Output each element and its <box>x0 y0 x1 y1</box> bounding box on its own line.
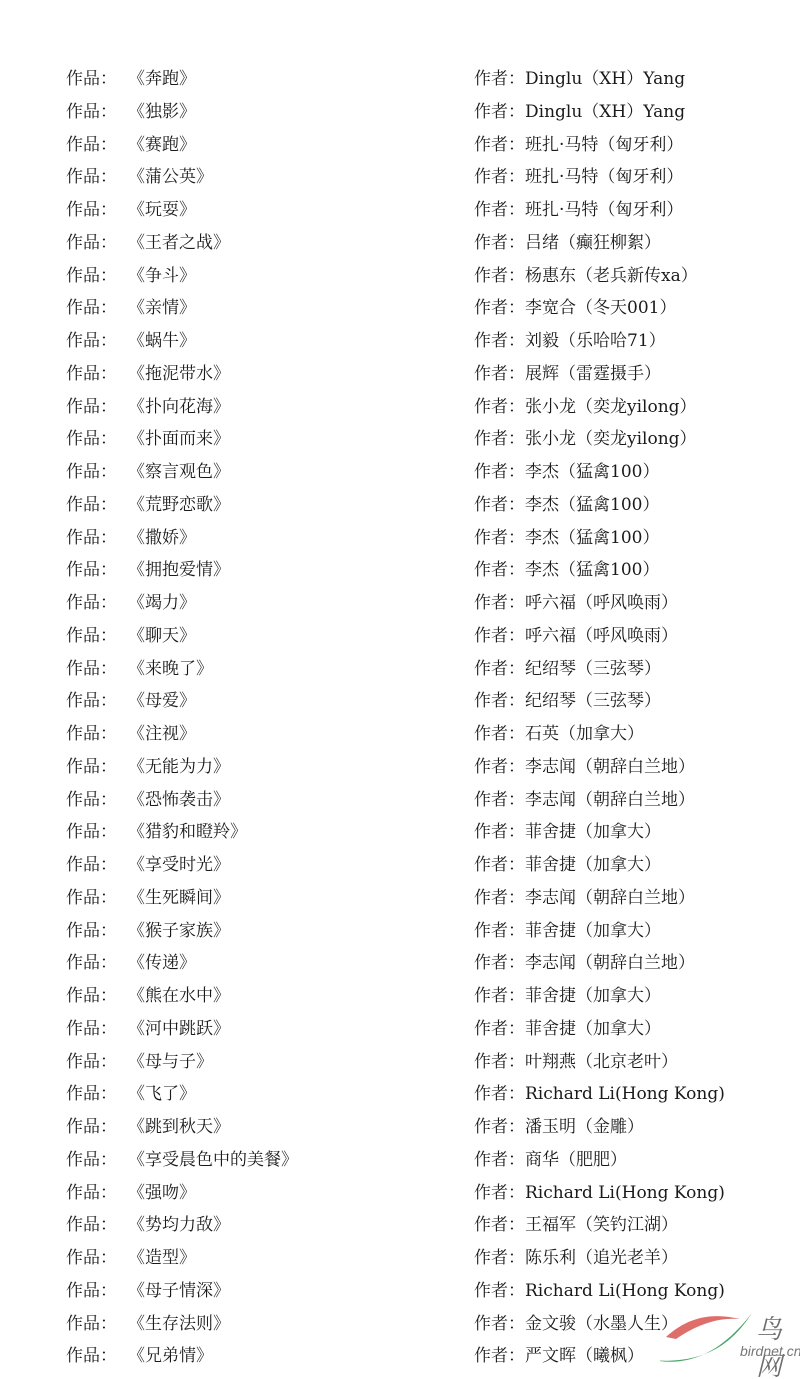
work-cell: 作品：《玩耍》 <box>66 194 196 227</box>
author-label: 作者： <box>474 1340 525 1373</box>
watermark-domain: birdnet.cn <box>740 1343 800 1359</box>
work-cell: 作品：《享受时光》 <box>66 849 230 882</box>
work-title: 《扑向花海》 <box>128 397 230 417</box>
entry-row: 作品：《蒲公英》作者：班扎·马特（匈牙利） <box>0 161 800 194</box>
author-label: 作者： <box>474 358 525 391</box>
author-label: 作者： <box>474 489 525 522</box>
work-title: 《强吻》 <box>128 1183 196 1203</box>
author-cell: 作者：张小龙（奕龙yilong） <box>474 423 697 456</box>
work-cell: 作品：《生存法则》 <box>66 1308 230 1341</box>
work-title: 《享受时光》 <box>128 855 230 875</box>
entry-row: 作品：《奔跑》作者：Dinglu（XH）Yang <box>0 63 800 96</box>
author-name: 班扎·马特（匈牙利） <box>525 200 683 220</box>
author-cell: 作者：吕绪（癫狂柳絮） <box>474 227 661 260</box>
work-title: 《察言观色》 <box>128 462 230 482</box>
work-label: 作品： <box>66 260 128 293</box>
author-name: 叶翔燕（北京老叶） <box>525 1052 678 1072</box>
author-cell: 作者：张小龙（奕龙yilong） <box>474 391 697 424</box>
entry-row: 作品：《扑向花海》作者：张小龙（奕龙yilong） <box>0 391 800 424</box>
author-cell: 作者：Richard Li(Hong Kong) <box>474 1275 725 1308</box>
work-cell: 作品：《察言观色》 <box>66 456 230 489</box>
work-title: 《蜗牛》 <box>128 331 196 351</box>
author-label: 作者： <box>474 522 525 555</box>
author-label: 作者： <box>474 1078 525 1111</box>
author-cell: 作者：叶翔燕（北京老叶） <box>474 1046 678 1079</box>
author-name: 陈乐利（追光老羊） <box>525 1248 678 1268</box>
work-cell: 作品：《飞了》 <box>66 1078 196 1111</box>
work-cell: 作品：《聊天》 <box>66 620 196 653</box>
work-cell: 作品：《母与子》 <box>66 1046 213 1079</box>
author-label: 作者： <box>474 1046 525 1079</box>
author-name: 李志闻（朝辞白兰地） <box>525 888 695 908</box>
work-cell: 作品：《荒野恋歌》 <box>66 489 230 522</box>
author-label: 作者： <box>474 980 525 1013</box>
entry-row: 作品：《母子情深》作者：Richard Li(Hong Kong) <box>0 1275 800 1308</box>
work-label: 作品： <box>66 1078 128 1111</box>
work-label: 作品： <box>66 915 128 948</box>
author-cell: 作者：刘毅（乐哈哈71） <box>474 325 666 358</box>
author-name: 石英（加拿大） <box>525 724 644 744</box>
author-name: Richard Li(Hong Kong) <box>525 1183 725 1203</box>
author-label: 作者： <box>474 554 525 587</box>
work-label: 作品： <box>66 489 128 522</box>
work-label: 作品： <box>66 1340 128 1373</box>
work-label: 作品： <box>66 816 128 849</box>
author-name: Richard Li(Hong Kong) <box>525 1281 725 1301</box>
work-title: 《生存法则》 <box>128 1314 230 1334</box>
work-title: 《生死瞬间》 <box>128 888 230 908</box>
author-name: 呼六福（呼风唤雨） <box>525 593 678 613</box>
author-label: 作者： <box>474 915 525 948</box>
entry-row: 作品：《享受晨色中的美餐》作者：商华（肥肥） <box>0 1144 800 1177</box>
work-label: 作品： <box>66 1209 128 1242</box>
work-cell: 作品：《强吻》 <box>66 1177 196 1210</box>
author-label: 作者： <box>474 587 525 620</box>
work-label: 作品： <box>66 292 128 325</box>
entry-row: 作品：《拥抱爱情》作者：李杰（猛禽100） <box>0 554 800 587</box>
entry-row: 作品：《跳到秋天》作者：潘玉明（金雕） <box>0 1111 800 1144</box>
work-label: 作品： <box>66 620 128 653</box>
author-name: 展辉（雷霆摄手） <box>525 364 661 384</box>
work-cell: 作品：《猴子家族》 <box>66 915 230 948</box>
work-title: 《势均力敌》 <box>128 1215 230 1235</box>
author-name: 李宽合（冬天001） <box>525 298 676 318</box>
author-label: 作者： <box>474 325 525 358</box>
work-title: 《造型》 <box>128 1248 196 1268</box>
author-name: 李志闻（朝辞白兰地） <box>525 790 695 810</box>
author-name: 张小龙（奕龙yilong） <box>525 429 697 449</box>
author-cell: 作者：纪绍琴（三弦琴） <box>474 685 661 718</box>
work-cell: 作品：《蒲公英》 <box>66 161 213 194</box>
work-title: 《拖泥带水》 <box>128 364 230 384</box>
work-cell: 作品：《造型》 <box>66 1242 196 1275</box>
work-label: 作品： <box>66 980 128 1013</box>
author-cell: 作者：李杰（猛禽100） <box>474 522 659 555</box>
author-cell: 作者：菲舍捷（加拿大） <box>474 849 661 882</box>
work-cell: 作品：《来晚了》 <box>66 653 213 686</box>
work-label: 作品： <box>66 227 128 260</box>
author-cell: 作者：呼六福（呼风唤雨） <box>474 620 678 653</box>
author-label: 作者： <box>474 718 525 751</box>
author-label: 作者： <box>474 292 525 325</box>
author-name: 纪绍琴（三弦琴） <box>525 659 661 679</box>
work-label: 作品： <box>66 522 128 555</box>
work-title: 《玩耍》 <box>128 200 196 220</box>
author-name: 商华（肥肥） <box>525 1150 627 1170</box>
swoosh-logo-icon <box>660 1307 760 1373</box>
work-cell: 作品：《亲情》 <box>66 292 196 325</box>
work-label: 作品： <box>66 882 128 915</box>
work-label: 作品： <box>66 1308 128 1341</box>
work-label: 作品： <box>66 63 128 96</box>
work-title: 《母子情深》 <box>128 1281 230 1301</box>
author-label: 作者： <box>474 1209 525 1242</box>
work-cell: 作品：《无能为力》 <box>66 751 230 784</box>
entry-row: 作品：《察言观色》作者：李杰（猛禽100） <box>0 456 800 489</box>
author-cell: 作者：杨惠东（老兵新传xa） <box>474 260 698 293</box>
work-title: 《享受晨色中的美餐》 <box>128 1150 298 1170</box>
work-title: 《熊在水中》 <box>128 986 230 1006</box>
work-title: 《赛跑》 <box>128 135 196 155</box>
work-title: 《传递》 <box>128 953 196 973</box>
author-cell: 作者：Richard Li(Hong Kong) <box>474 1078 725 1111</box>
author-label: 作者： <box>474 161 525 194</box>
entry-row: 作品：《竭力》作者：呼六福（呼风唤雨） <box>0 587 800 620</box>
author-label: 作者： <box>474 1013 525 1046</box>
author-name: 刘毅（乐哈哈71） <box>525 331 666 351</box>
entry-row: 作品：《无能为力》作者：李志闻（朝辞白兰地） <box>0 751 800 784</box>
work-cell: 作品：《扑向花海》 <box>66 391 230 424</box>
entries-list: 作品：《奔跑》作者：Dinglu（XH）Yang作品：《独影》作者：Dinglu… <box>0 63 800 1373</box>
author-cell: 作者：纪绍琴（三弦琴） <box>474 653 661 686</box>
work-title: 《荒野恋歌》 <box>128 495 230 515</box>
entry-row: 作品：《赛跑》作者：班扎·马特（匈牙利） <box>0 129 800 162</box>
author-name: 李杰（猛禽100） <box>525 560 659 580</box>
author-name: 李杰（猛禽100） <box>525 495 659 515</box>
author-cell: 作者：菲舍捷（加拿大） <box>474 1013 661 1046</box>
entry-row: 作品：《势均力敌》作者：王福军（笑钓江湖） <box>0 1209 800 1242</box>
entry-row: 作品：《猴子家族》作者：菲舍捷（加拿大） <box>0 915 800 948</box>
author-name: 潘玉明（金雕） <box>525 1117 644 1137</box>
author-label: 作者： <box>474 63 525 96</box>
work-cell: 作品：《生死瞬间》 <box>66 882 230 915</box>
work-title: 《恐怖袭击》 <box>128 790 230 810</box>
entry-row: 作品：《享受时光》作者：菲舍捷（加拿大） <box>0 849 800 882</box>
author-label: 作者： <box>474 456 525 489</box>
work-cell: 作品：《享受晨色中的美餐》 <box>66 1144 298 1177</box>
work-title: 《跳到秋天》 <box>128 1117 230 1137</box>
author-cell: 作者：商华（肥肥） <box>474 1144 627 1177</box>
work-cell: 作品：《王者之战》 <box>66 227 230 260</box>
author-name: 菲舍捷（加拿大） <box>525 986 661 1006</box>
work-title: 《母爱》 <box>128 691 196 711</box>
author-cell: 作者：李志闻（朝辞白兰地） <box>474 784 695 817</box>
author-name: 金文骏（水墨人生） <box>525 1314 678 1334</box>
author-label: 作者： <box>474 1275 525 1308</box>
work-title: 《独影》 <box>128 102 196 122</box>
work-label: 作品： <box>66 784 128 817</box>
author-name: Richard Li(Hong Kong) <box>525 1084 725 1104</box>
work-title: 《聊天》 <box>128 626 196 646</box>
author-label: 作者： <box>474 849 525 882</box>
work-label: 作品： <box>66 587 128 620</box>
work-label: 作品： <box>66 1242 128 1275</box>
author-label: 作者： <box>474 1111 525 1144</box>
author-name: 菲舍捷（加拿大） <box>525 855 661 875</box>
author-cell: 作者：李志闻（朝辞白兰地） <box>474 751 695 784</box>
work-label: 作品： <box>66 1275 128 1308</box>
author-cell: 作者：李志闻（朝辞白兰地） <box>474 947 695 980</box>
work-title: 《来晚了》 <box>128 659 213 679</box>
work-title: 《王者之战》 <box>128 233 230 253</box>
author-name: 呼六福（呼风唤雨） <box>525 626 678 646</box>
author-cell: 作者：菲舍捷（加拿大） <box>474 980 661 1013</box>
work-cell: 作品：《争斗》 <box>66 260 196 293</box>
author-cell: 作者：李杰（猛禽100） <box>474 489 659 522</box>
work-cell: 作品：《蜗牛》 <box>66 325 196 358</box>
author-cell: 作者：展辉（雷霆摄手） <box>474 358 661 391</box>
author-cell: 作者：潘玉明（金雕） <box>474 1111 644 1144</box>
work-label: 作品： <box>66 391 128 424</box>
author-cell: 作者：菲舍捷（加拿大） <box>474 816 661 849</box>
author-name: Dinglu（XH）Yang <box>525 102 685 122</box>
author-name: 李志闻（朝辞白兰地） <box>525 953 695 973</box>
work-title: 《猎豹和瞪羚》 <box>128 822 247 842</box>
birdnet-watermark: 鸟网 birdnet.cn <box>660 1307 800 1373</box>
entry-row: 作品：《传递》作者：李志闻（朝辞白兰地） <box>0 947 800 980</box>
author-label: 作者： <box>474 96 525 129</box>
work-cell: 作品：《赛跑》 <box>66 129 196 162</box>
work-title: 《注视》 <box>128 724 196 744</box>
author-cell: 作者：李志闻（朝辞白兰地） <box>474 882 695 915</box>
work-title: 《母与子》 <box>128 1052 213 1072</box>
author-label: 作者： <box>474 1308 525 1341</box>
author-label: 作者： <box>474 653 525 686</box>
author-cell: 作者：石英（加拿大） <box>474 718 644 751</box>
author-name: 张小龙（奕龙yilong） <box>525 397 697 417</box>
author-cell: 作者：Dinglu（XH）Yang <box>474 63 685 96</box>
work-cell: 作品：《母爱》 <box>66 685 196 718</box>
work-cell: 作品：《撒娇》 <box>66 522 196 555</box>
work-title: 《扑面而来》 <box>128 429 230 449</box>
entry-row: 作品：《熊在水中》作者：菲舍捷（加拿大） <box>0 980 800 1013</box>
entry-row: 作品：《玩耍》作者：班扎·马特（匈牙利） <box>0 194 800 227</box>
work-label: 作品： <box>66 1177 128 1210</box>
author-cell: 作者：菲舍捷（加拿大） <box>474 915 661 948</box>
work-label: 作品： <box>66 718 128 751</box>
author-name: 菲舍捷（加拿大） <box>525 822 661 842</box>
work-cell: 作品：《跳到秋天》 <box>66 1111 230 1144</box>
work-title: 《飞了》 <box>128 1084 196 1104</box>
entry-row: 作品：《荒野恋歌》作者：李杰（猛禽100） <box>0 489 800 522</box>
entry-row: 作品：《来晚了》作者：纪绍琴（三弦琴） <box>0 653 800 686</box>
work-title: 《竭力》 <box>128 593 196 613</box>
work-cell: 作品：《熊在水中》 <box>66 980 230 1013</box>
work-label: 作品： <box>66 325 128 358</box>
author-label: 作者： <box>474 784 525 817</box>
work-label: 作品： <box>66 96 128 129</box>
author-name: 李志闻（朝辞白兰地） <box>525 757 695 777</box>
work-title: 《猴子家族》 <box>128 921 230 941</box>
author-cell: 作者：李宽合（冬天001） <box>474 292 676 325</box>
author-label: 作者： <box>474 751 525 784</box>
author-cell: 作者：严文晖（曦枫） <box>474 1340 644 1373</box>
work-cell: 作品：《势均力敌》 <box>66 1209 230 1242</box>
work-cell: 作品：《扑面而来》 <box>66 423 230 456</box>
author-cell: 作者：Richard Li(Hong Kong) <box>474 1177 725 1210</box>
author-cell: 作者：班扎·马特（匈牙利） <box>474 194 683 227</box>
work-title: 《撒娇》 <box>128 528 196 548</box>
work-cell: 作品：《母子情深》 <box>66 1275 230 1308</box>
entry-row: 作品：《聊天》作者：呼六福（呼风唤雨） <box>0 620 800 653</box>
work-cell: 作品：《拥抱爱情》 <box>66 554 230 587</box>
author-cell: 作者：陈乐利（追光老羊） <box>474 1242 678 1275</box>
author-name: 吕绪（癫狂柳絮） <box>525 233 661 253</box>
author-label: 作者： <box>474 1177 525 1210</box>
author-name: 班扎·马特（匈牙利） <box>525 167 683 187</box>
work-label: 作品： <box>66 1046 128 1079</box>
author-cell: 作者：李杰（猛禽100） <box>474 456 659 489</box>
author-label: 作者： <box>474 947 525 980</box>
entry-row: 作品：《母爱》作者：纪绍琴（三弦琴） <box>0 685 800 718</box>
work-title: 《拥抱爱情》 <box>128 560 230 580</box>
work-label: 作品： <box>66 161 128 194</box>
work-label: 作品： <box>66 947 128 980</box>
work-label: 作品： <box>66 194 128 227</box>
author-label: 作者： <box>474 685 525 718</box>
work-label: 作品： <box>66 1111 128 1144</box>
work-label: 作品： <box>66 456 128 489</box>
work-cell: 作品：《拖泥带水》 <box>66 358 230 391</box>
entry-row: 作品：《争斗》作者：杨惠东（老兵新传xa） <box>0 260 800 293</box>
author-cell: 作者：班扎·马特（匈牙利） <box>474 129 683 162</box>
work-label: 作品： <box>66 129 128 162</box>
work-label: 作品： <box>66 653 128 686</box>
work-title: 《亲情》 <box>128 298 196 318</box>
entry-row: 作品：《强吻》作者：Richard Li(Hong Kong) <box>0 1177 800 1210</box>
author-label: 作者： <box>474 227 525 260</box>
author-name: 菲舍捷（加拿大） <box>525 921 661 941</box>
work-label: 作品： <box>66 751 128 784</box>
author-label: 作者： <box>474 620 525 653</box>
entry-row: 作品：《王者之战》作者：吕绪（癫狂柳絮） <box>0 227 800 260</box>
work-cell: 作品：《竭力》 <box>66 587 196 620</box>
author-cell: 作者：王福军（笑钓江湖） <box>474 1209 678 1242</box>
author-cell: 作者：呼六福（呼风唤雨） <box>474 587 678 620</box>
work-cell: 作品：《独影》 <box>66 96 196 129</box>
work-cell: 作品：《兄弟情》 <box>66 1340 213 1373</box>
author-name: 菲舍捷（加拿大） <box>525 1019 661 1039</box>
author-label: 作者： <box>474 1242 525 1275</box>
entry-row: 作品：《造型》作者：陈乐利（追光老羊） <box>0 1242 800 1275</box>
author-name: 李杰（猛禽100） <box>525 462 659 482</box>
work-label: 作品： <box>66 1144 128 1177</box>
work-cell: 作品：《传递》 <box>66 947 196 980</box>
author-name: 纪绍琴（三弦琴） <box>525 691 661 711</box>
entry-row: 作品：《恐怖袭击》作者：李志闻（朝辞白兰地） <box>0 784 800 817</box>
entry-row: 作品：《扑面而来》作者：张小龙（奕龙yilong） <box>0 423 800 456</box>
author-label: 作者： <box>474 194 525 227</box>
work-cell: 作品：《奔跑》 <box>66 63 196 96</box>
work-label: 作品： <box>66 423 128 456</box>
work-title: 《兄弟情》 <box>128 1346 213 1366</box>
author-name: 王福军（笑钓江湖） <box>525 1215 678 1235</box>
work-title: 《奔跑》 <box>128 69 196 89</box>
entry-row: 作品：《河中跳跃》作者：菲舍捷（加拿大） <box>0 1013 800 1046</box>
author-label: 作者： <box>474 882 525 915</box>
author-name: Dinglu（XH）Yang <box>525 69 685 89</box>
author-label: 作者： <box>474 423 525 456</box>
author-name: 班扎·马特（匈牙利） <box>525 135 683 155</box>
work-cell: 作品：《猎豹和瞪羚》 <box>66 816 247 849</box>
entry-row: 作品：《猎豹和瞪羚》作者：菲舍捷（加拿大） <box>0 816 800 849</box>
work-cell: 作品：《河中跳跃》 <box>66 1013 230 1046</box>
author-label: 作者： <box>474 129 525 162</box>
entry-row: 作品：《亲情》作者：李宽合（冬天001） <box>0 292 800 325</box>
entry-row: 作品：《生死瞬间》作者：李志闻（朝辞白兰地） <box>0 882 800 915</box>
work-title: 《无能为力》 <box>128 757 230 777</box>
entry-row: 作品：《注视》作者：石英（加拿大） <box>0 718 800 751</box>
work-title: 《蒲公英》 <box>128 167 213 187</box>
work-cell: 作品：《恐怖袭击》 <box>66 784 230 817</box>
work-label: 作品： <box>66 554 128 587</box>
entry-row: 作品：《撒娇》作者：李杰（猛禽100） <box>0 522 800 555</box>
author-cell: 作者：班扎·马特（匈牙利） <box>474 161 683 194</box>
work-label: 作品： <box>66 685 128 718</box>
author-label: 作者： <box>474 260 525 293</box>
author-cell: 作者：李杰（猛禽100） <box>474 554 659 587</box>
author-name: 杨惠东（老兵新传xa） <box>525 266 698 286</box>
work-label: 作品： <box>66 1013 128 1046</box>
author-cell: 作者：金文骏（水墨人生） <box>474 1308 678 1341</box>
entry-row: 作品：《母与子》作者：叶翔燕（北京老叶） <box>0 1046 800 1079</box>
author-label: 作者： <box>474 816 525 849</box>
entry-row: 作品：《蜗牛》作者：刘毅（乐哈哈71） <box>0 325 800 358</box>
work-cell: 作品：《注视》 <box>66 718 196 751</box>
work-title: 《河中跳跃》 <box>128 1019 230 1039</box>
work-title: 《争斗》 <box>128 266 196 286</box>
entry-row: 作品：《飞了》作者：Richard Li(Hong Kong) <box>0 1078 800 1111</box>
work-label: 作品： <box>66 358 128 391</box>
author-label: 作者： <box>474 391 525 424</box>
author-cell: 作者：Dinglu（XH）Yang <box>474 96 685 129</box>
author-name: 严文晖（曦枫） <box>525 1346 644 1366</box>
entry-row: 作品：《拖泥带水》作者：展辉（雷霆摄手） <box>0 358 800 391</box>
entry-row: 作品：《独影》作者：Dinglu（XH）Yang <box>0 96 800 129</box>
author-name: 李杰（猛禽100） <box>525 528 659 548</box>
work-label: 作品： <box>66 849 128 882</box>
author-label: 作者： <box>474 1144 525 1177</box>
